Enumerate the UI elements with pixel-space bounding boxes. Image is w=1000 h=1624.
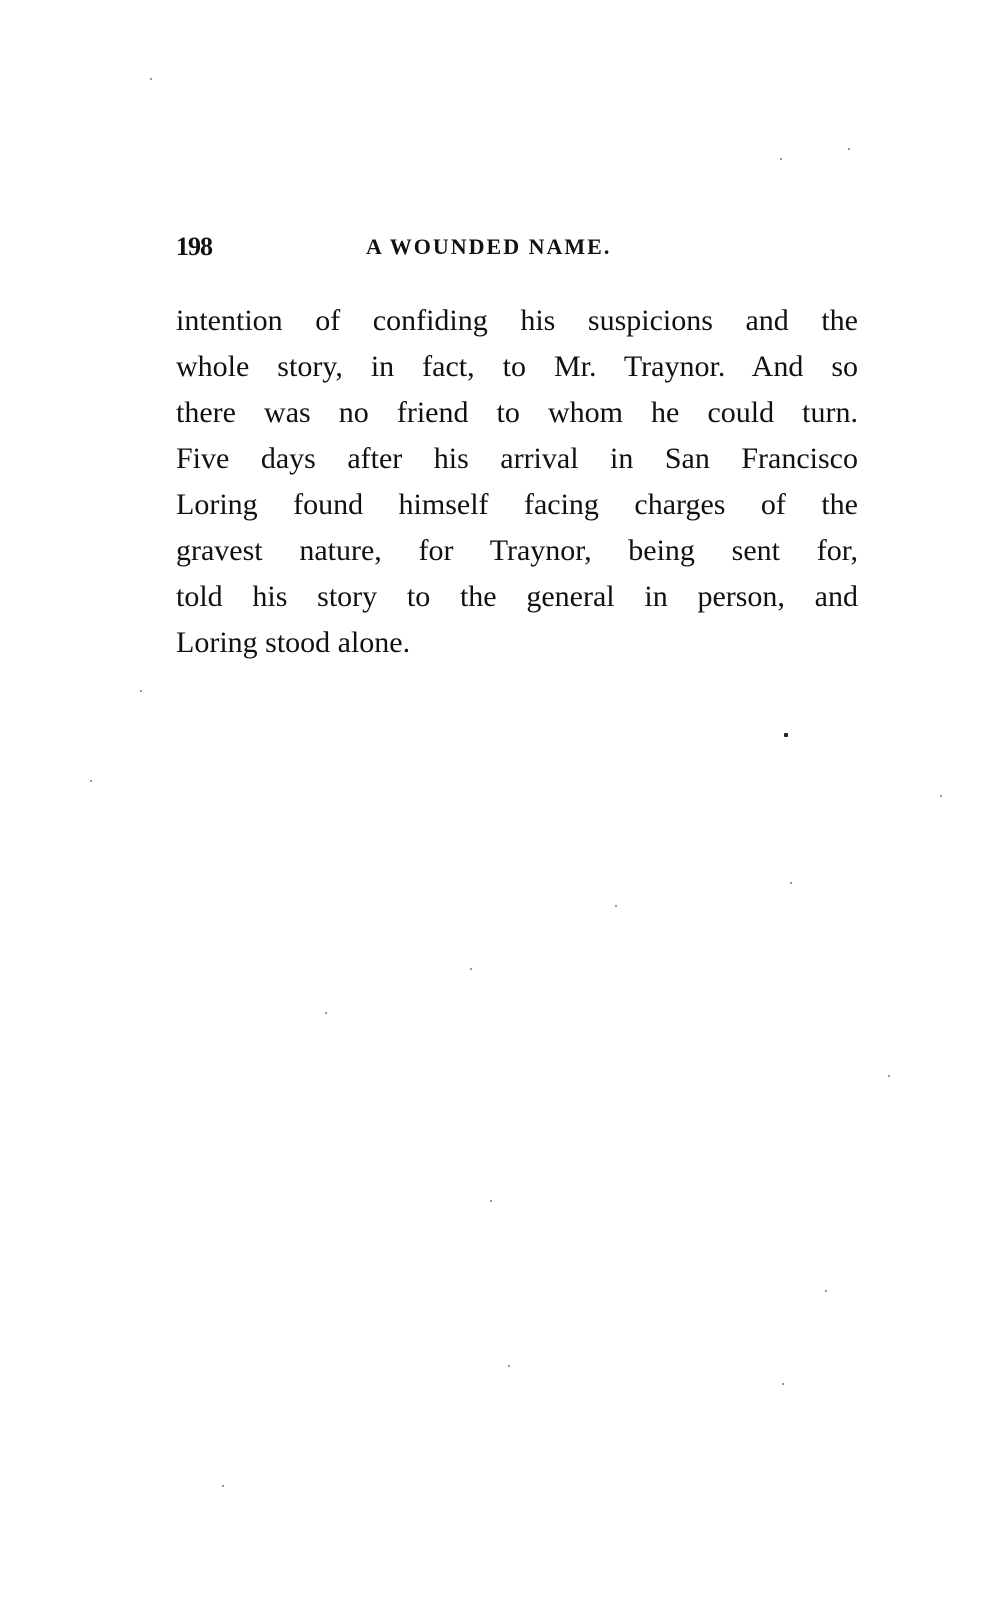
scan-speck [940, 795, 942, 797]
text-line: there was no friend to whom he could tur… [176, 390, 858, 436]
text-line: intention of confiding his suspicions an… [176, 298, 858, 344]
text-line: Five days after his arrival in San Franc… [176, 436, 858, 482]
scan-speck [615, 905, 617, 907]
scan-speck [888, 1075, 890, 1077]
scan-speck [470, 968, 472, 970]
scan-speck [490, 1200, 492, 1202]
scan-speck [825, 1290, 827, 1292]
scan-speck [782, 1383, 784, 1385]
scan-speck [784, 733, 788, 737]
scan-speck [90, 780, 92, 782]
book-page: 198 A WOUNDED NAME. intention of confidi… [0, 0, 1000, 1624]
scan-speck [790, 882, 792, 884]
scan-speck [780, 158, 782, 160]
scan-speck [325, 1012, 327, 1014]
text-line: gravest nature, for Traynor, being sent … [176, 528, 858, 574]
scan-speck [140, 690, 142, 692]
scan-speck [508, 1365, 510, 1367]
running-head: 198 A WOUNDED NAME. [176, 232, 856, 268]
text-line: Loring found himself facing charges of t… [176, 482, 858, 528]
page-number: 198 [176, 232, 212, 262]
text-line: whole story, in fact, to Mr. Traynor. An… [176, 344, 858, 390]
scan-speck [222, 1485, 224, 1487]
scan-speck [848, 148, 850, 150]
text-line: Loring stood alone. [176, 620, 858, 666]
running-title: A WOUNDED NAME. [366, 234, 611, 260]
scan-speck [150, 78, 152, 80]
text-line: told his story to the general in person,… [176, 574, 858, 620]
body-paragraph: intention of confiding his suspicions an… [176, 298, 858, 666]
